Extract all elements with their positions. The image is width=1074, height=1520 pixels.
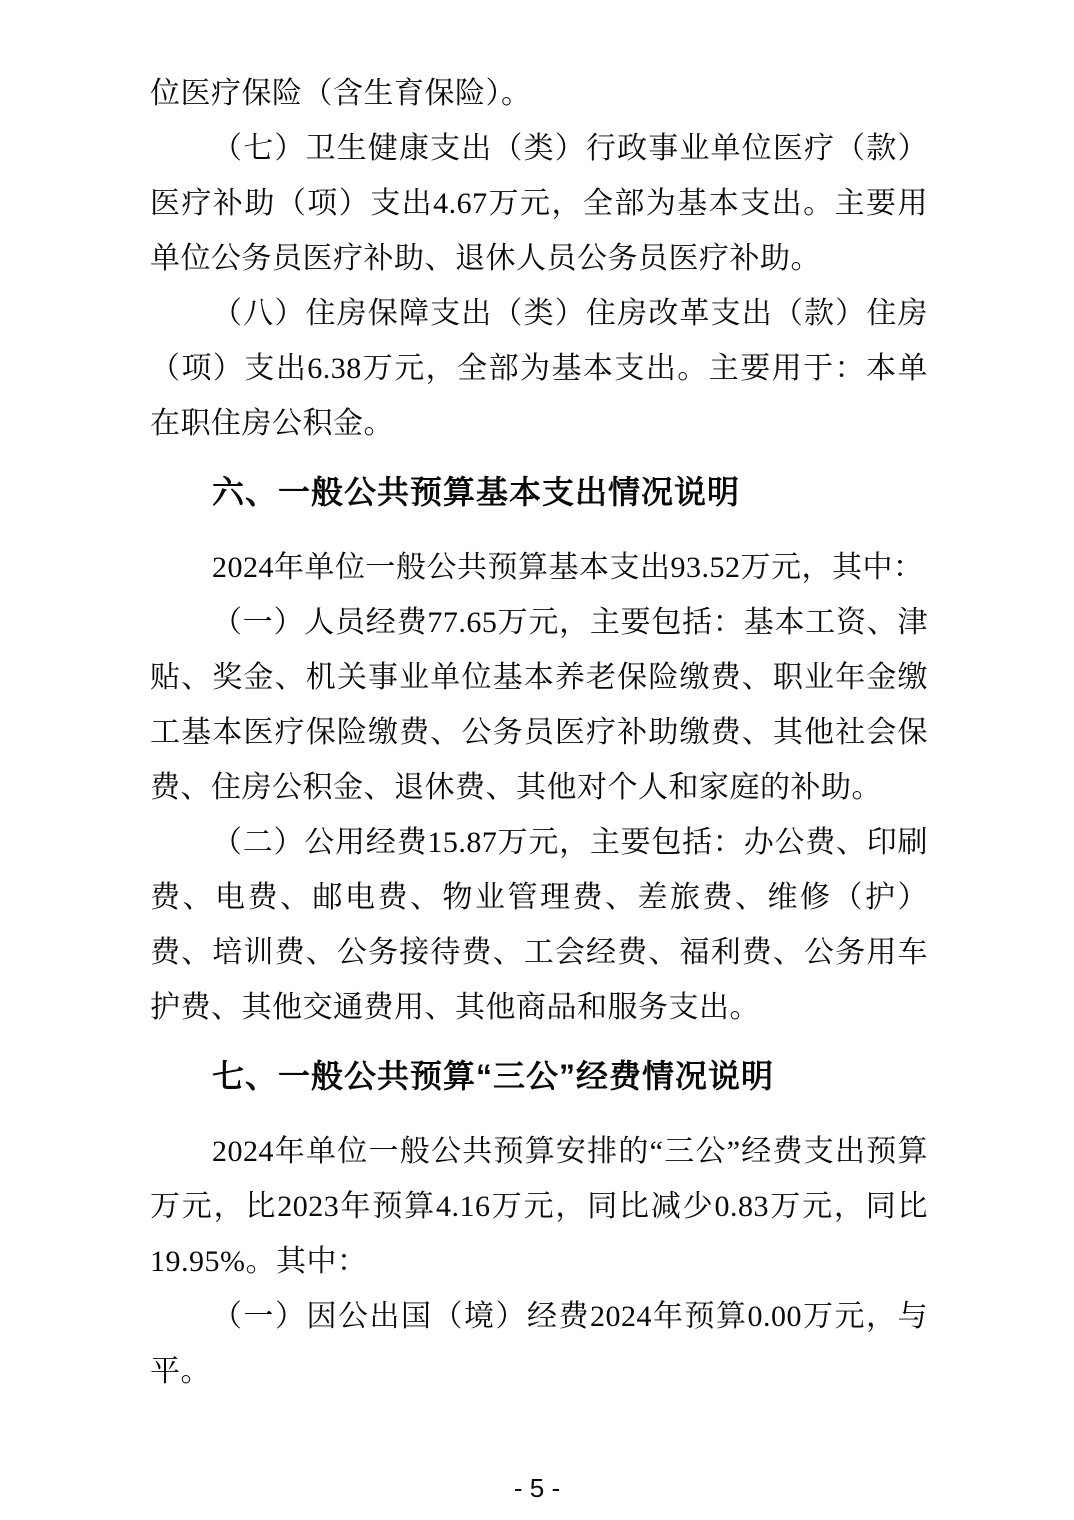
- text-line: 护费、其他交通费用、其他商品和服务支出。: [150, 980, 928, 1035]
- text-line: 19.95%。其中：: [150, 1234, 928, 1289]
- heading-section-7: 七、一般公共预算“三公”经费情况说明: [150, 1049, 928, 1104]
- text-line: （七）卫生健康支出（类）行政事业单位医疗（款）公务员: [150, 121, 928, 176]
- text-line: 费、住房公积金、退休费、其他对个人和家庭的补助。: [150, 760, 928, 815]
- heading-section-6: 六、一般公共预算基本支出情况说明: [150, 465, 928, 520]
- text-line: 万元，比2023年预算4.16万元，同比减少0.83万元，同比下降: [150, 1179, 928, 1234]
- document-page: 位医疗保险（含生育保险）。（七）卫生健康支出（类）行政事业单位医疗（款）公务员医…: [0, 0, 1074, 1520]
- text-line: （一）人员经费77.65万元，主要包括：基本工资、津贴补: [150, 595, 928, 650]
- text-line: 费、培训费、公务接待费、工会经费、福利费、公务用车运行维: [150, 925, 928, 980]
- text-line: 2024年单位一般公共预算安排的“三公”经费支出预算3.33: [150, 1124, 928, 1179]
- text-line: 单位公务员医疗补助、退休人员公务员医疗补助。: [150, 231, 928, 286]
- text-line: （一）因公出国（境）经费2024年预算0.00万元，与上年持: [150, 1289, 928, 1344]
- text-line: 费、电费、邮电费、物业管理费、差旅费、维修（护）费、会议: [150, 870, 928, 925]
- text-line: 在职住房公积金。: [150, 396, 928, 451]
- text-line: 2024年单位一般公共预算基本支出93.52万元，其中：: [150, 540, 928, 595]
- text-line: （项）支出6.38万元，全部为基本支出。主要用于：本单位编内: [150, 341, 928, 396]
- text-line: 医疗补助（项）支出4.67万元，全部为基本支出。主要用于：本: [150, 176, 928, 231]
- text-line: （二）公用经费15.87万元，主要包括：办公费、印刷费、水: [150, 815, 928, 870]
- text-line: 位医疗保险（含生育保险）。: [150, 66, 928, 121]
- text-line: 贴、奖金、机关事业单位基本养老保险缴费、职业年金缴费、职: [150, 650, 928, 705]
- text-line: （八）住房保障支出（类）住房改革支出（款）住房公积金: [150, 286, 928, 341]
- text-line: 工基本医疗保险缴费、公务员医疗补助缴费、其他社会保障缴: [150, 705, 928, 760]
- text-line: 平。: [150, 1344, 928, 1399]
- document-content: 位医疗保险（含生育保险）。（七）卫生健康支出（类）行政事业单位医疗（款）公务员医…: [150, 0, 928, 1399]
- page-number: - 5 -: [0, 1473, 1074, 1504]
